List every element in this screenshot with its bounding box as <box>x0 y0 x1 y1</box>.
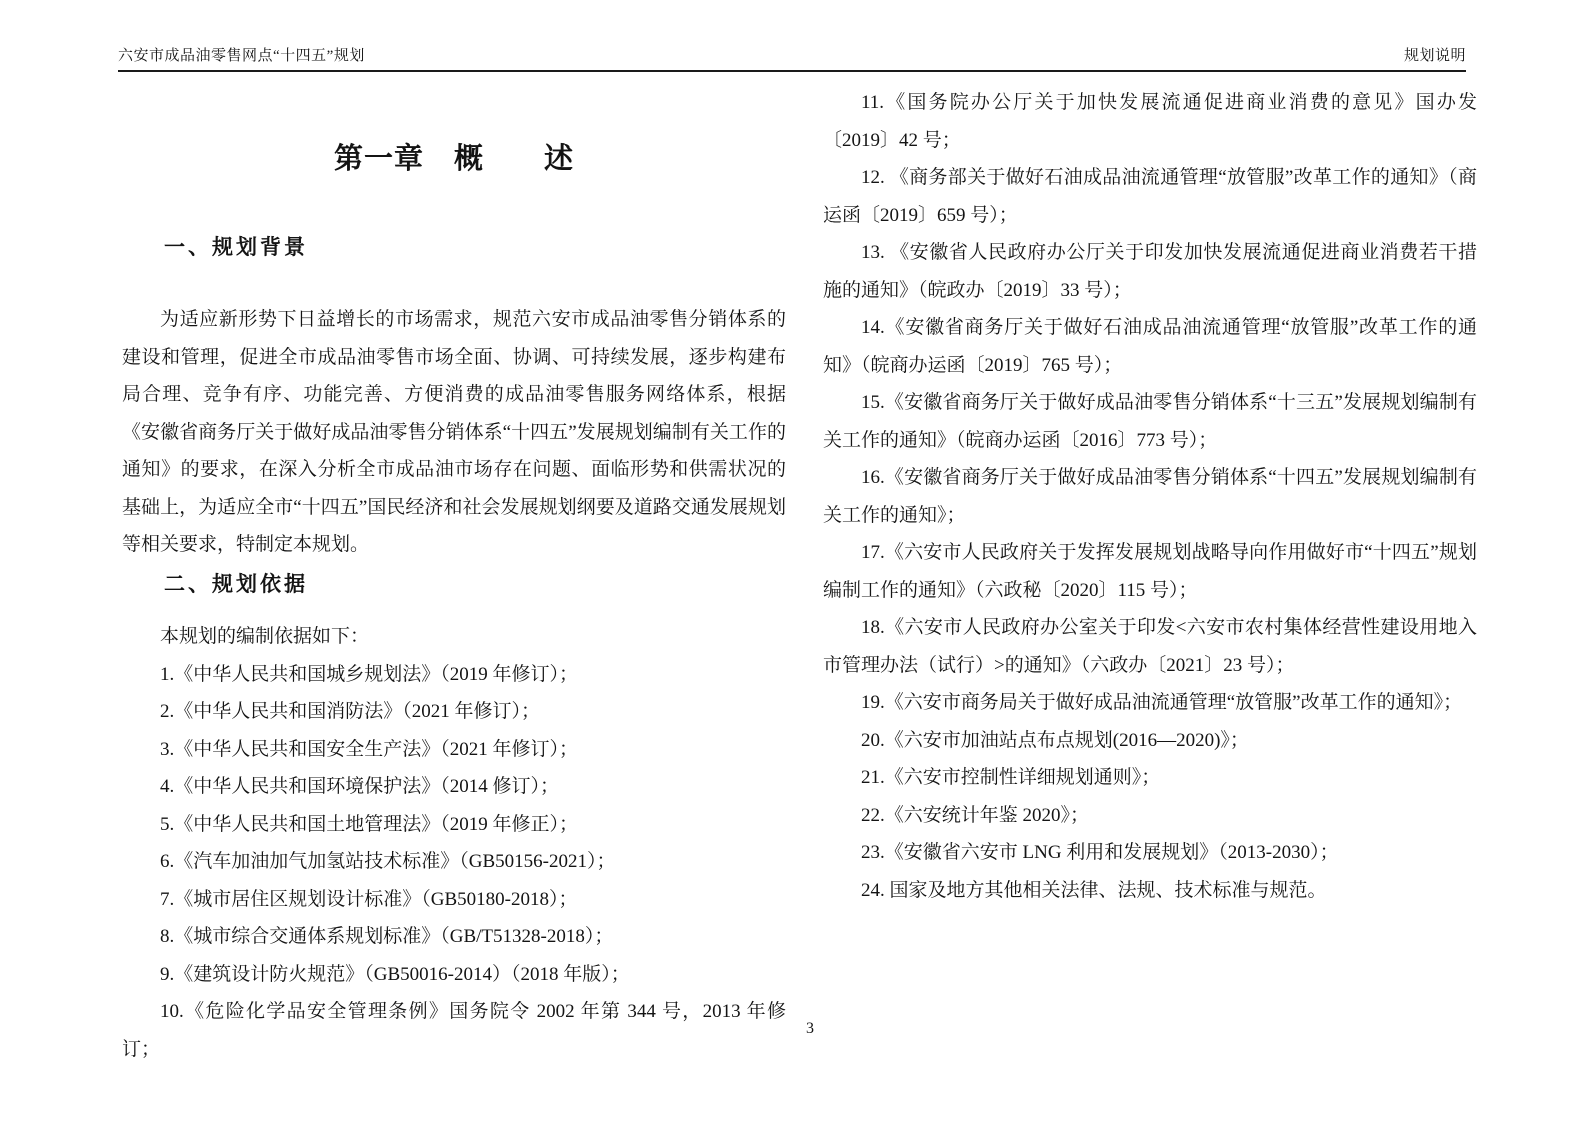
basis-intro-line: 本规划的编制依据如下： <box>122 618 786 656</box>
section-heading-planning-background: 一、规划背景 <box>122 235 786 261</box>
right-column: 11.《国务院办公厅关于加快发展流通促进商业消费的意见》国办发〔2019〕42 … <box>823 84 1477 909</box>
basis-item-24: 24. 国家及地方其他相关法律、法规、技术标准与规范。 <box>823 872 1477 910</box>
basis-item-14: 14.《安徽省商务厅关于做好石油成品油流通管理“放管服”改革工作的通知》（皖商办… <box>823 309 1477 384</box>
basis-item-5: 5.《中华人民共和国土地管理法》（2019 年修正）； <box>122 806 786 844</box>
document-page: 六安市成品油零售网点“十四五”规划 规划说明 第一章 概 述 一、规划背景 为适… <box>0 0 1587 1122</box>
basis-item-4: 4.《中华人民共和国环境保护法》（2014 修订）； <box>122 768 786 806</box>
basis-item-1: 1.《中华人民共和国城乡规划法》（2019 年修订）； <box>122 656 786 694</box>
section-heading-planning-basis: 二、规划依据 <box>122 572 786 598</box>
basis-item-9: 9.《建筑设计防火规范》（GB50016-2014）（2018 年版）； <box>122 956 786 994</box>
basis-item-8: 8.《城市综合交通体系规划标准》（GB/T51328-2018）； <box>122 918 786 956</box>
basis-item-19: 19.《六安市商务局关于做好成品油流通管理“放管服”改革工作的通知》； <box>823 684 1477 722</box>
basis-item-23: 23.《安徽省六安市 LNG 利用和发展规划》（2013-2030）； <box>823 834 1477 872</box>
basis-item-11: 11.《国务院办公厅关于加快发展流通促进商业消费的意见》国办发〔2019〕42 … <box>823 84 1477 159</box>
header-left-title: 六安市成品油零售网点“十四五”规划 <box>118 44 365 65</box>
basis-item-6: 6.《汽车加油加气加氢站技术标准》（GB50156-2021）； <box>122 843 786 881</box>
basis-item-7: 7.《城市居住区规划设计标准》（GB50180-2018）； <box>122 881 786 919</box>
basis-item-2: 2.《中华人民共和国消防法》（2021 年修订）； <box>122 693 786 731</box>
basis-item-18: 18.《六安市人民政府办公室关于印发<六安市农村集体经营性建设用地入市管理办法（… <box>823 609 1477 684</box>
basis-item-21: 21.《六安市控制性详细规划通则》； <box>823 759 1477 797</box>
page-header: 六安市成品油零售网点“十四五”规划 规划说明 <box>118 44 1466 72</box>
basis-item-13: 13. 《安徽省人民政府办公厅关于印发加快发展流通促进商业消费若干措施的通知》（… <box>823 234 1477 309</box>
background-paragraph: 为适应新形势下日益增长的市场需求，规范六安市成品油零售分销体系的建设和管理，促进… <box>122 301 786 564</box>
basis-item-17: 17.《六安市人民政府关于发挥发展规划战略导向作用做好市“十四五”规划编制工作的… <box>823 534 1477 609</box>
left-column: 第一章 概 述 一、规划背景 为适应新形势下日益增长的市场需求，规范六安市成品油… <box>122 80 786 1068</box>
basis-item-12: 12. 《商务部关于做好石油成品油流通管理“放管服”改革工作的通知》（商运函〔2… <box>823 159 1477 234</box>
page-number: 3 <box>806 1020 814 1038</box>
basis-item-15: 15.《安徽省商务厅关于做好成品油零售分销体系“十三五”发展规划编制有关工作的通… <box>823 384 1477 459</box>
chapter-title: 第一章 概 述 <box>122 136 786 177</box>
basis-item-20: 20.《六安市加油站点布点规划(2016—2020)》； <box>823 722 1477 760</box>
basis-item-3: 3.《中华人民共和国安全生产法》（2021 年修订）； <box>122 731 786 769</box>
basis-item-22: 22.《六安统计年鉴 2020》； <box>823 797 1477 835</box>
basis-item-16: 16.《安徽省商务厅关于做好成品油零售分销体系“十四五”发展规划编制有关工作的通… <box>823 459 1477 534</box>
header-right-label: 规划说明 <box>1404 44 1466 65</box>
basis-item-10: 10.《危险化学品安全管理条例》国务院令 2002 年第 344 号，2013 … <box>122 993 786 1068</box>
